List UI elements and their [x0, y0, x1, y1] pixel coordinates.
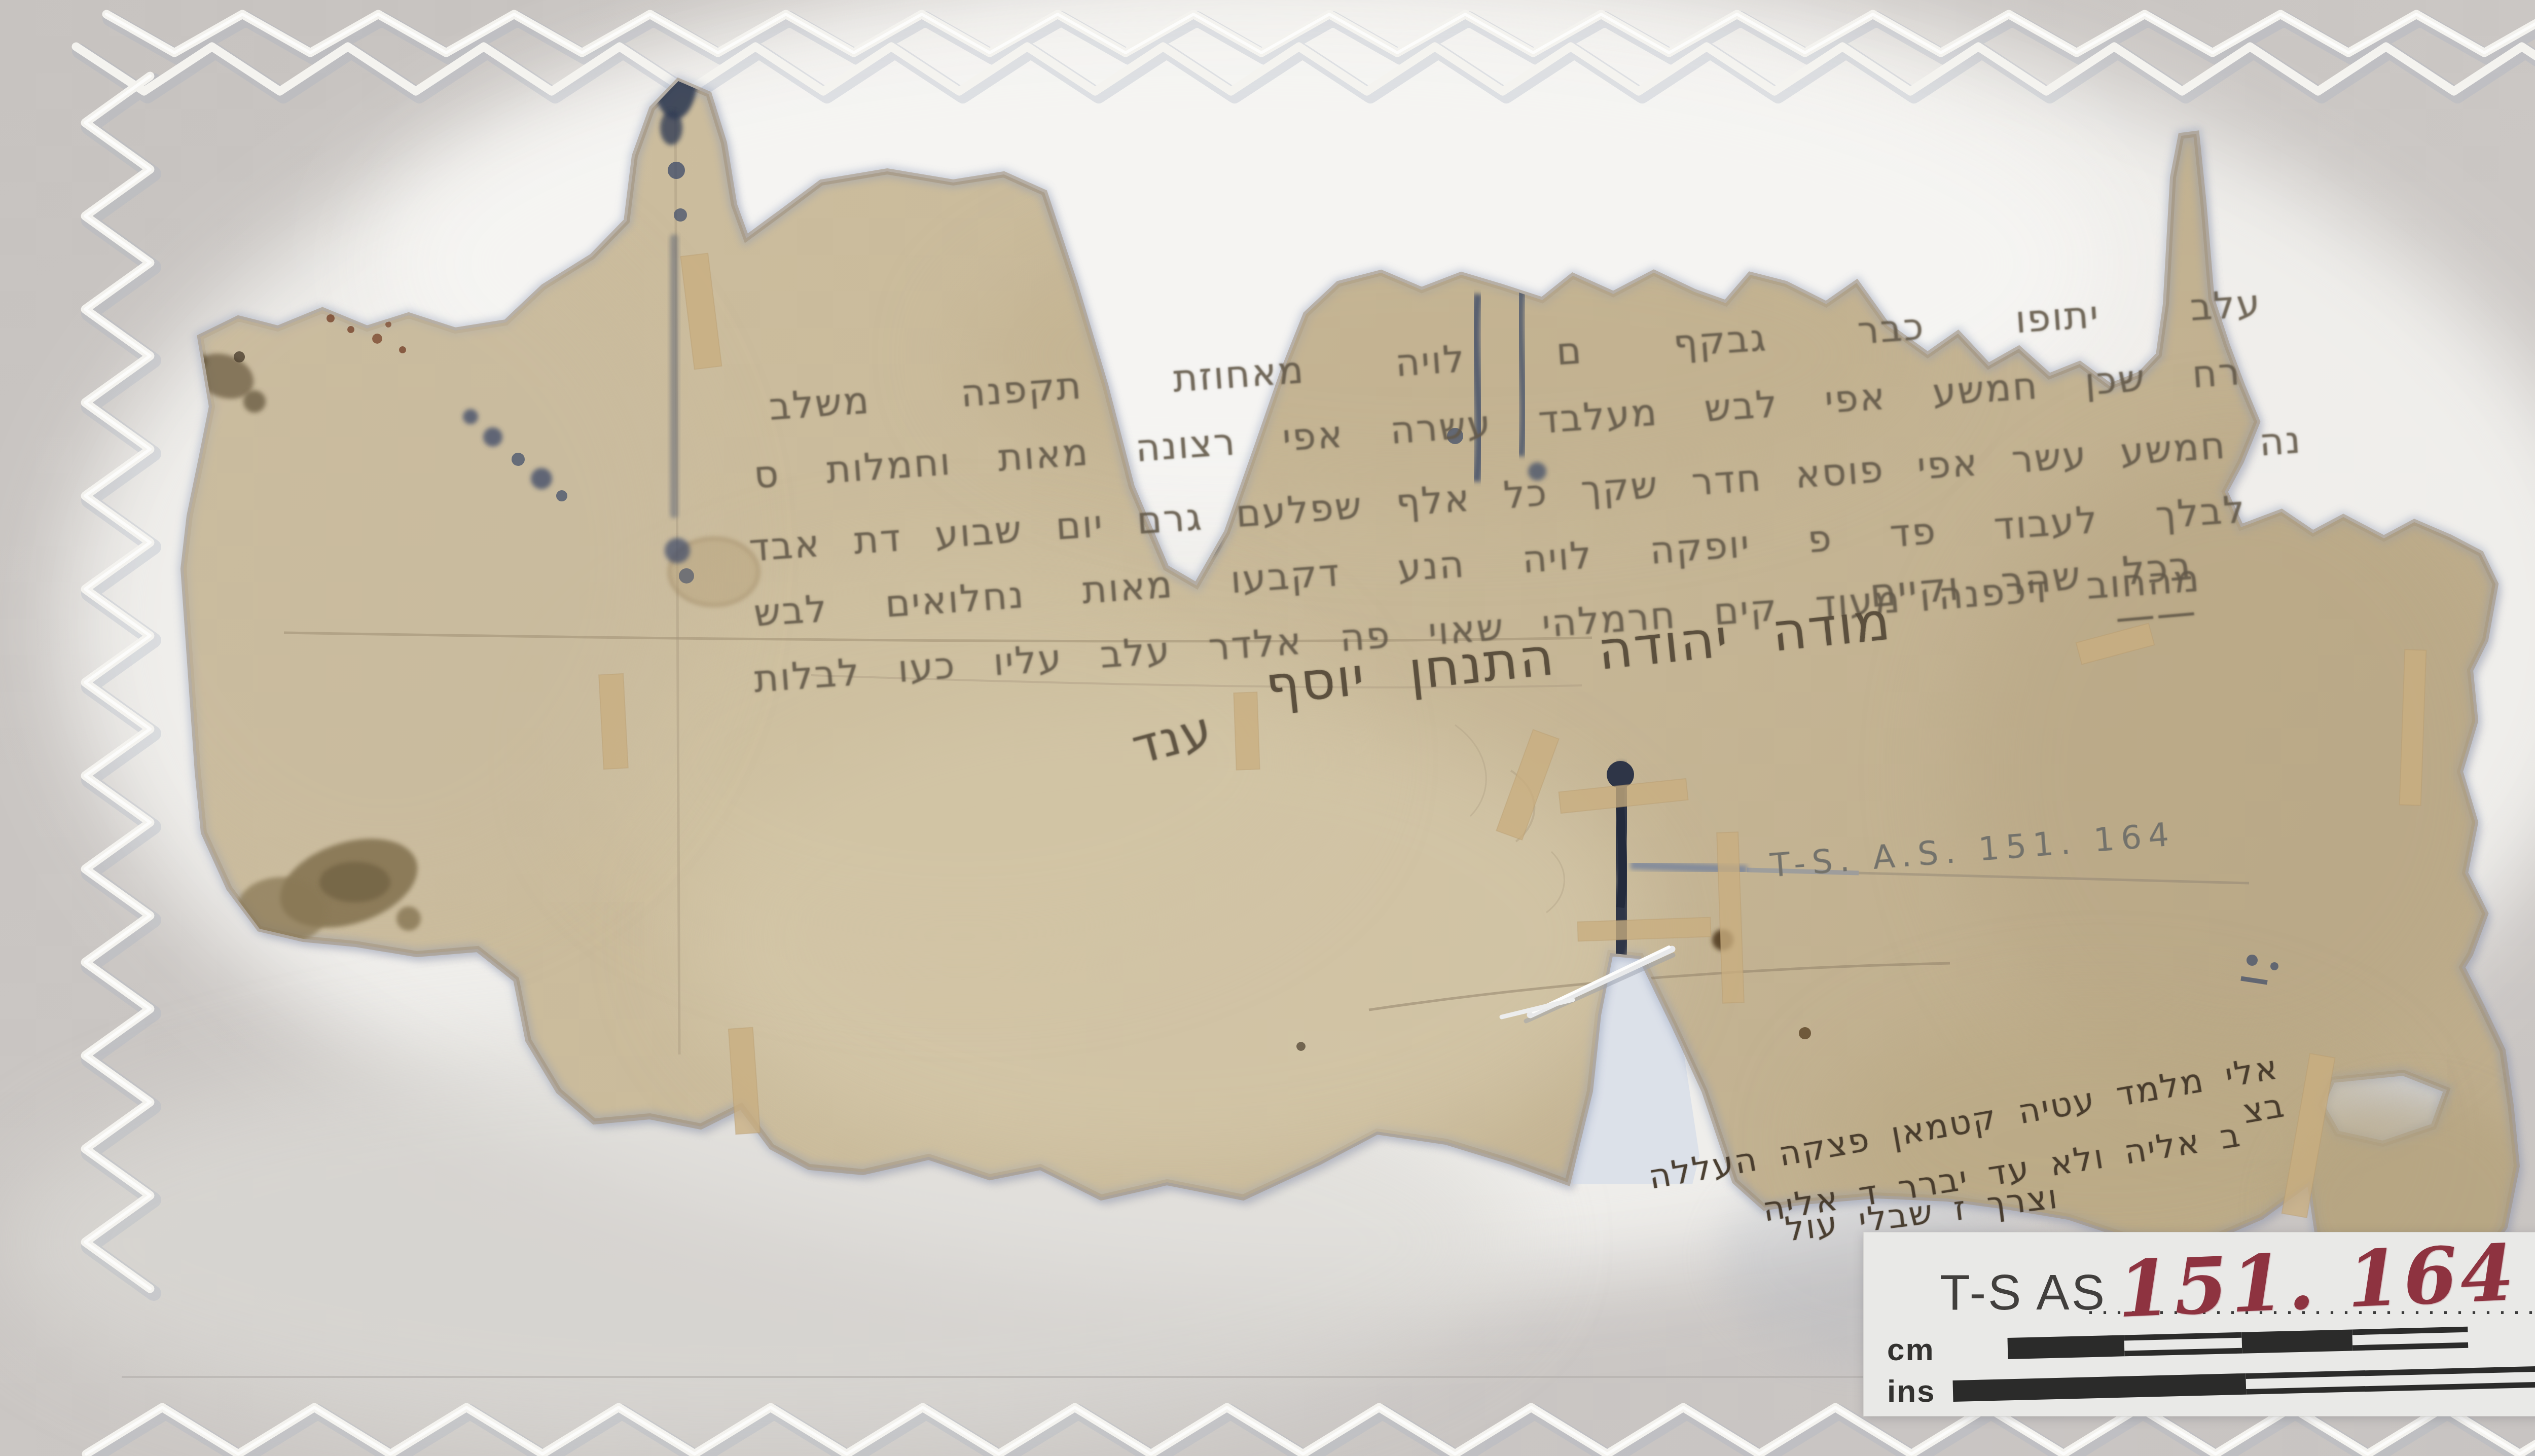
ruler-cm-label: cm: [1887, 1332, 1935, 1368]
ruler-ins: [1952, 1366, 2535, 1402]
label-printed-classmark: T-S AS: [1940, 1264, 2107, 1321]
classmark-label: T-S AS .................................…: [1863, 1232, 2535, 1416]
label-handwritten-number: 151. 164: [2115, 1227, 2518, 1335]
genizah-fragment-photo: עלב יתופו כבר גבקף ם לויה מאחוזת תקפנה מ…: [0, 0, 2535, 1456]
ruler-cm: [2007, 1327, 2468, 1359]
ruler-ins-label: ins: [1887, 1373, 1936, 1409]
